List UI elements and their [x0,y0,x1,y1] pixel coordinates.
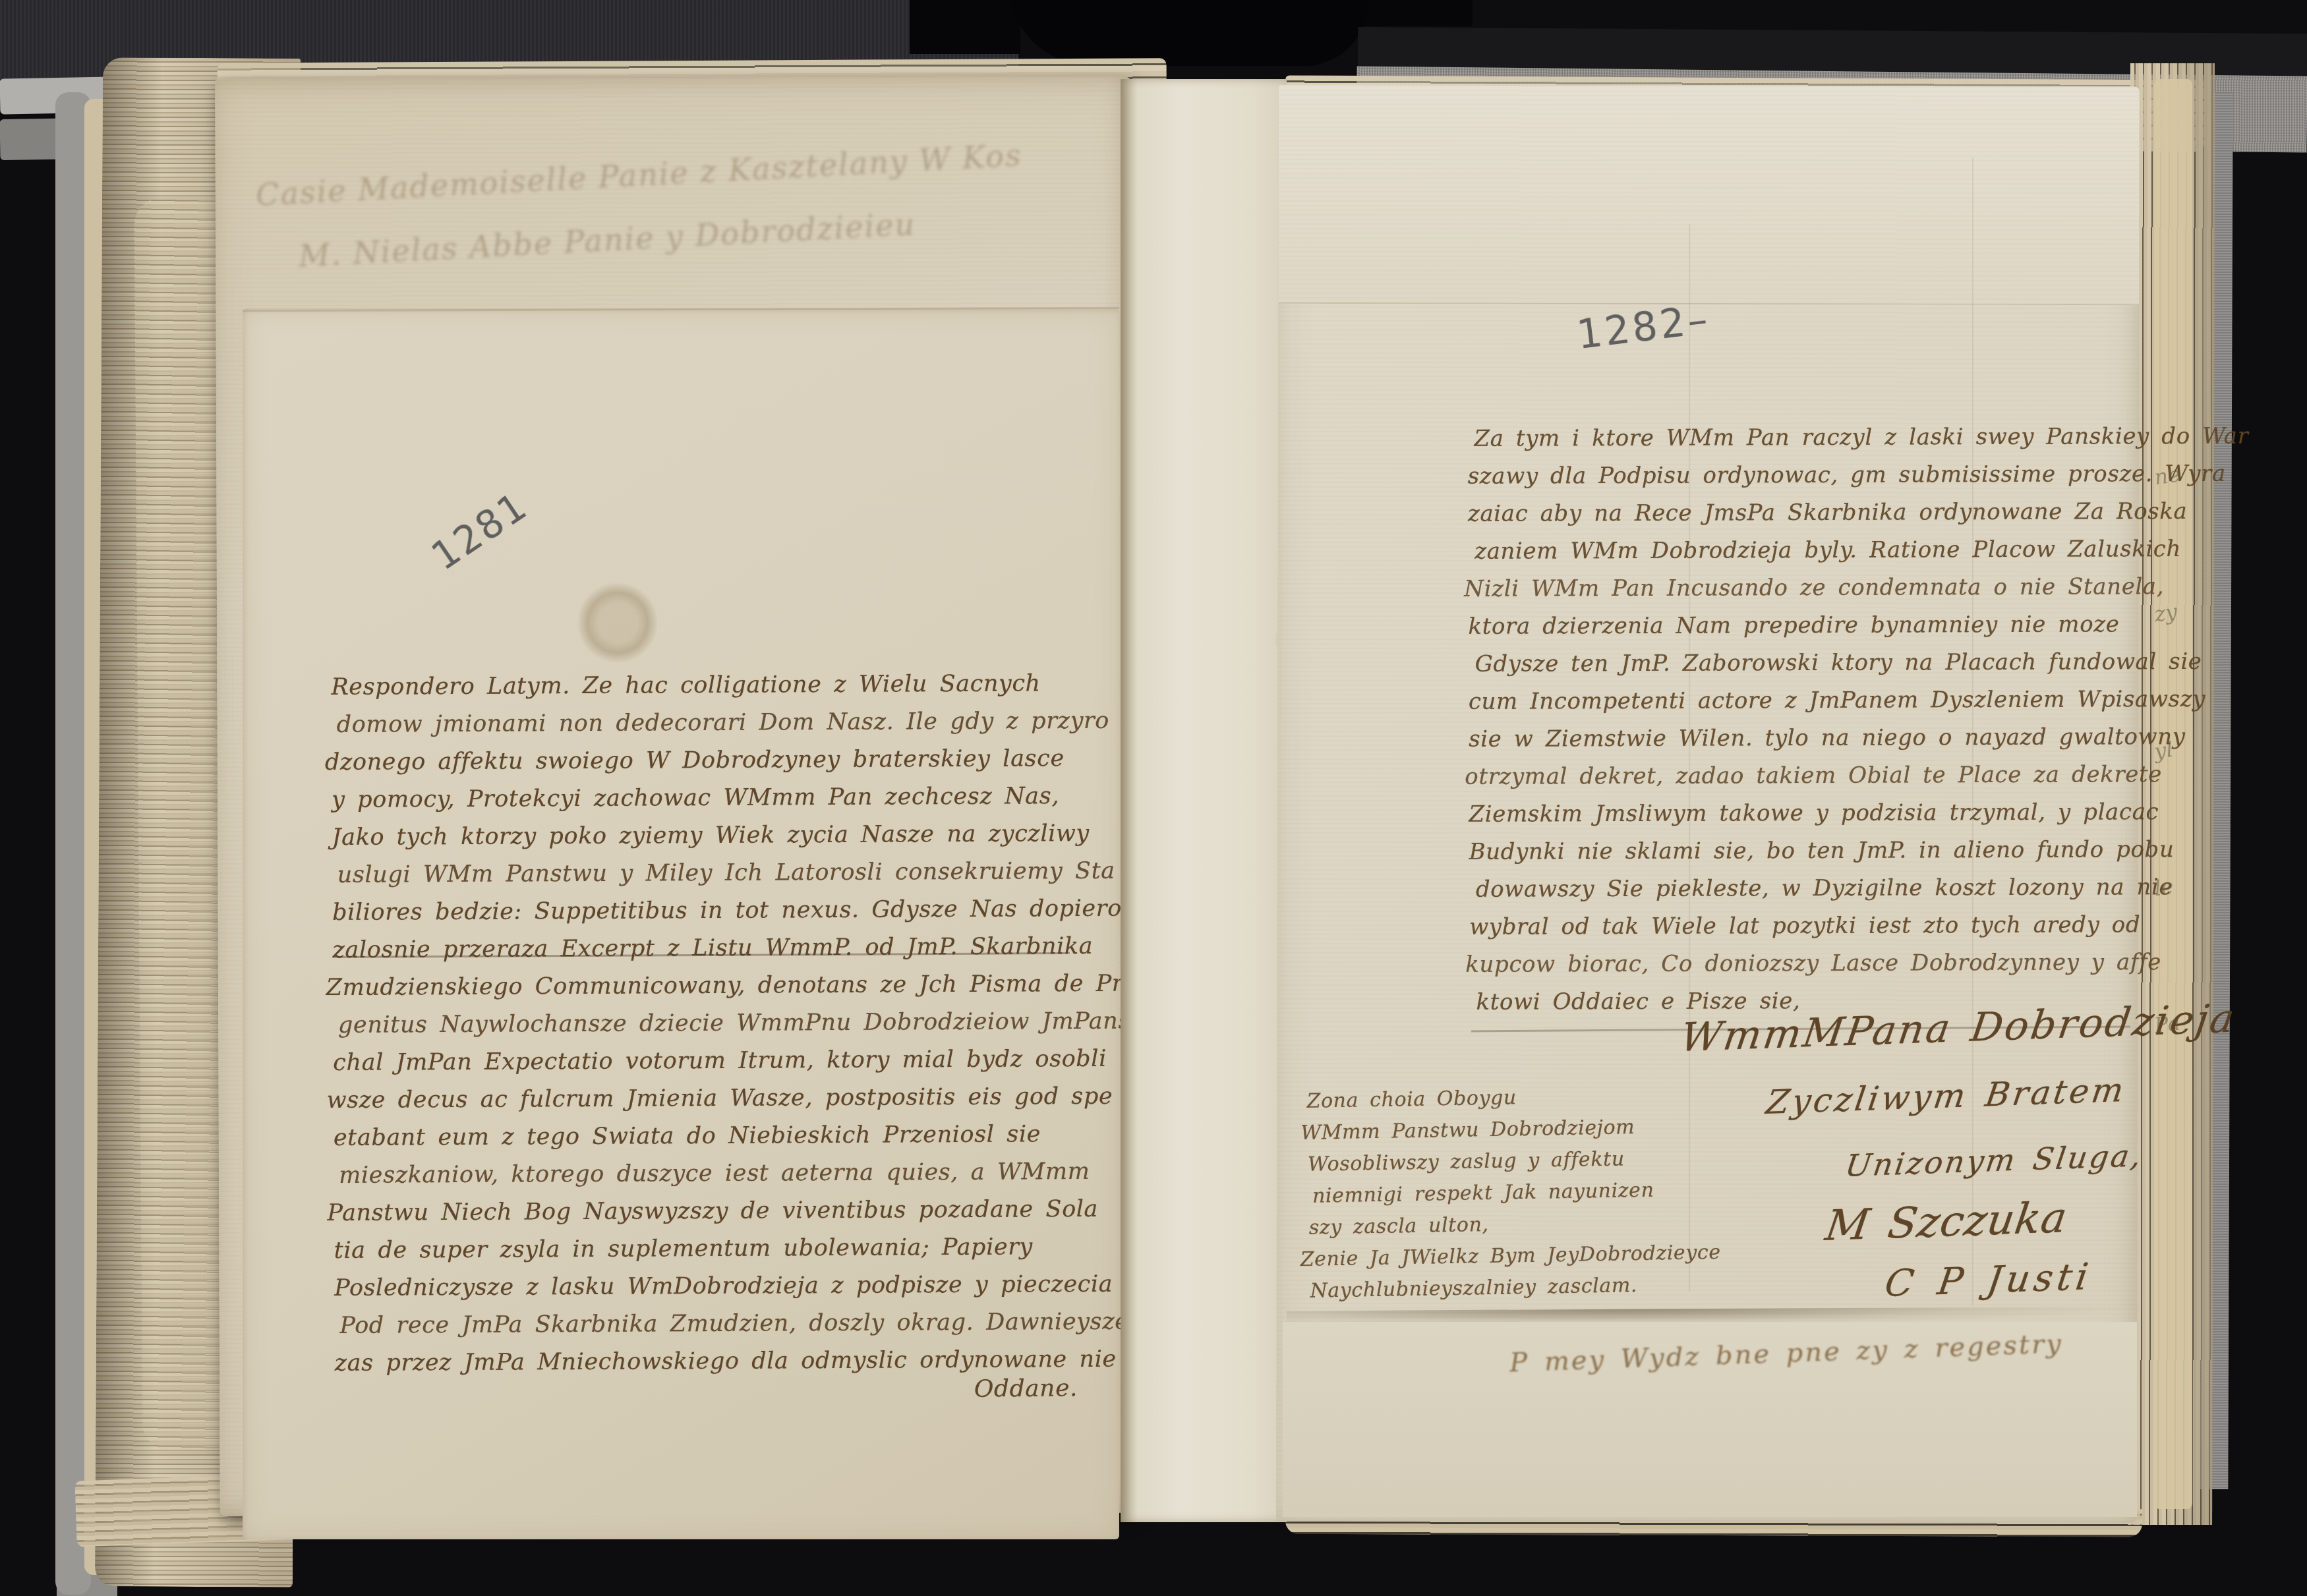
archival-manuscript-photo: Casie Mademoiselle Panie z Kasztelany W … [0,0,2307,1596]
manuscript-line: szawy dla Podpisu ordynowac, gm submisis… [1468,455,2147,496]
manuscript-line: ktora dzierzenia Nam prepedire bynamniey… [1468,606,2147,646]
manuscript-line: zalosnie przeraza Excerpt z Listu WmmP. … [332,928,1077,969]
edge-fragment: Pa [2153,1006,2209,1039]
manuscript-line: domow jmionami non dedecorari Dom Nasz. … [336,702,1076,744]
manuscript-line: Zmudzienskiego Communicowany, denotans z… [326,965,1078,1007]
book-weight-snake [1007,0,1368,66]
manuscript-line: sie w Ziemstwie Wilen. tylo na niego o n… [1469,718,2147,758]
manuscript-line: kupcow biorac, Co doniozszy Lasce Dobrod… [1465,944,2148,984]
manuscript-line: Gdysze ten JmP. Zaborowski ktory na Plac… [1475,643,2147,683]
manuscript-line: Panstwu Niech Bog Nayswyzszy de viventib… [327,1191,1078,1232]
manuscript-line: otrzymal dekret, zadao takiem Obial te P… [1465,756,2147,796]
signature-line: Unizonym Sluga, [1843,1137,2179,1183]
manuscript-line: Za tym i ktore WMm Pan raczyl z laski sw… [1474,418,2146,458]
manuscript-line: biliores bedzie: Suppetitibus in tot nex… [332,890,1077,932]
manuscript-line: etabant eum z tego Swiata do Niebieskich… [334,1116,1078,1157]
manuscript-line: tia de super zsyla in suplementum ubolew… [334,1228,1079,1270]
manuscript-line: y pomocy, Protekcyi zachowac WMmm Pan ze… [332,778,1076,819]
right-page-text-block: Za tym i ktore WMm Pan raczyl z laski sw… [1467,418,2148,1021]
manuscript-line: chal JmPan Expectatio votorum Itrum, kto… [333,1040,1078,1082]
paper-stain-ring [568,580,667,666]
manuscript-line: dowawszy Sie piekleste, w Dyzigilne kosz… [1476,869,2148,909]
manuscript-line: Jako tych ktorzy poko zyiemy Wiek zycia … [332,815,1076,857]
edge-fragment: yl [2153,732,2209,764]
manuscript-line: wybral od tak Wiele lat pozytki iest zto… [1469,906,2148,946]
manuscript-line: zaniem WMm Dobrodzieja byly. Ratione Pla… [1475,530,2147,571]
right-page-top-guard [1278,85,2140,305]
stand-clip-left [910,0,1020,54]
manuscript-line: Budynki nie sklami sie, bo ten JmP. in a… [1469,831,2148,871]
left-page-text-block: Respondero Latym. Ze hac colligatione z … [331,665,1080,1382]
manuscript-line: genitus Naywlochansze dziecie WmmPnu Dob… [338,1003,1078,1044]
signature-line: M Szczuka [1823,1190,2180,1251]
fore-edge-writing-fragments: nezyyllePa [2154,461,2207,1147]
signature-line: C P Justi [1882,1253,2180,1305]
book-gutter [1121,79,1287,1522]
manuscript-line: uslugi WMm Panstwu y Miley Ich Latorosli… [337,853,1077,894]
manuscript-line: dzonego affektu swoiego W Dobrodzyney br… [325,740,1076,782]
manuscript-line: Posledniczysze z lasku WmDobrodzieja z p… [334,1266,1079,1307]
edge-fragment: ne [2153,458,2209,490]
manuscript-line: mieszkaniow, ktorego duszyce iest aetern… [339,1153,1078,1195]
manuscript-line: zaiac aby na Rece JmsPa Skarbnika ordyno… [1468,493,2147,533]
manuscript-line: Ziemskim Jmsliwym takowe y podzisia trzy… [1469,793,2147,834]
manuscript-line: Pod rece JmPa Skarbnika Zmudzien, doszly… [339,1303,1079,1345]
edge-fragment: le [2153,869,2209,901]
manuscript-line: Nizli WMm Pan Incusando ze condemnata o … [1464,568,2147,608]
manuscript-line: Respondero Latym. Ze hac colligatione z … [331,665,1076,706]
signature-column: WmmMPana DobrodziejaZyczliwym BratemUniz… [1628,1015,2175,1305]
edge-fragment: zy [2153,595,2209,627]
manuscript-line: cum Incompetenti actore z JmPanem Dyszle… [1469,681,2147,721]
signature-line: Zyczliwym Bratem [1764,1069,2180,1122]
manuscript-line: wsze decus ac fulcrum Jmienia Wasze, pos… [326,1078,1078,1120]
left-page-closing-word: Oddane. [814,1375,1078,1404]
